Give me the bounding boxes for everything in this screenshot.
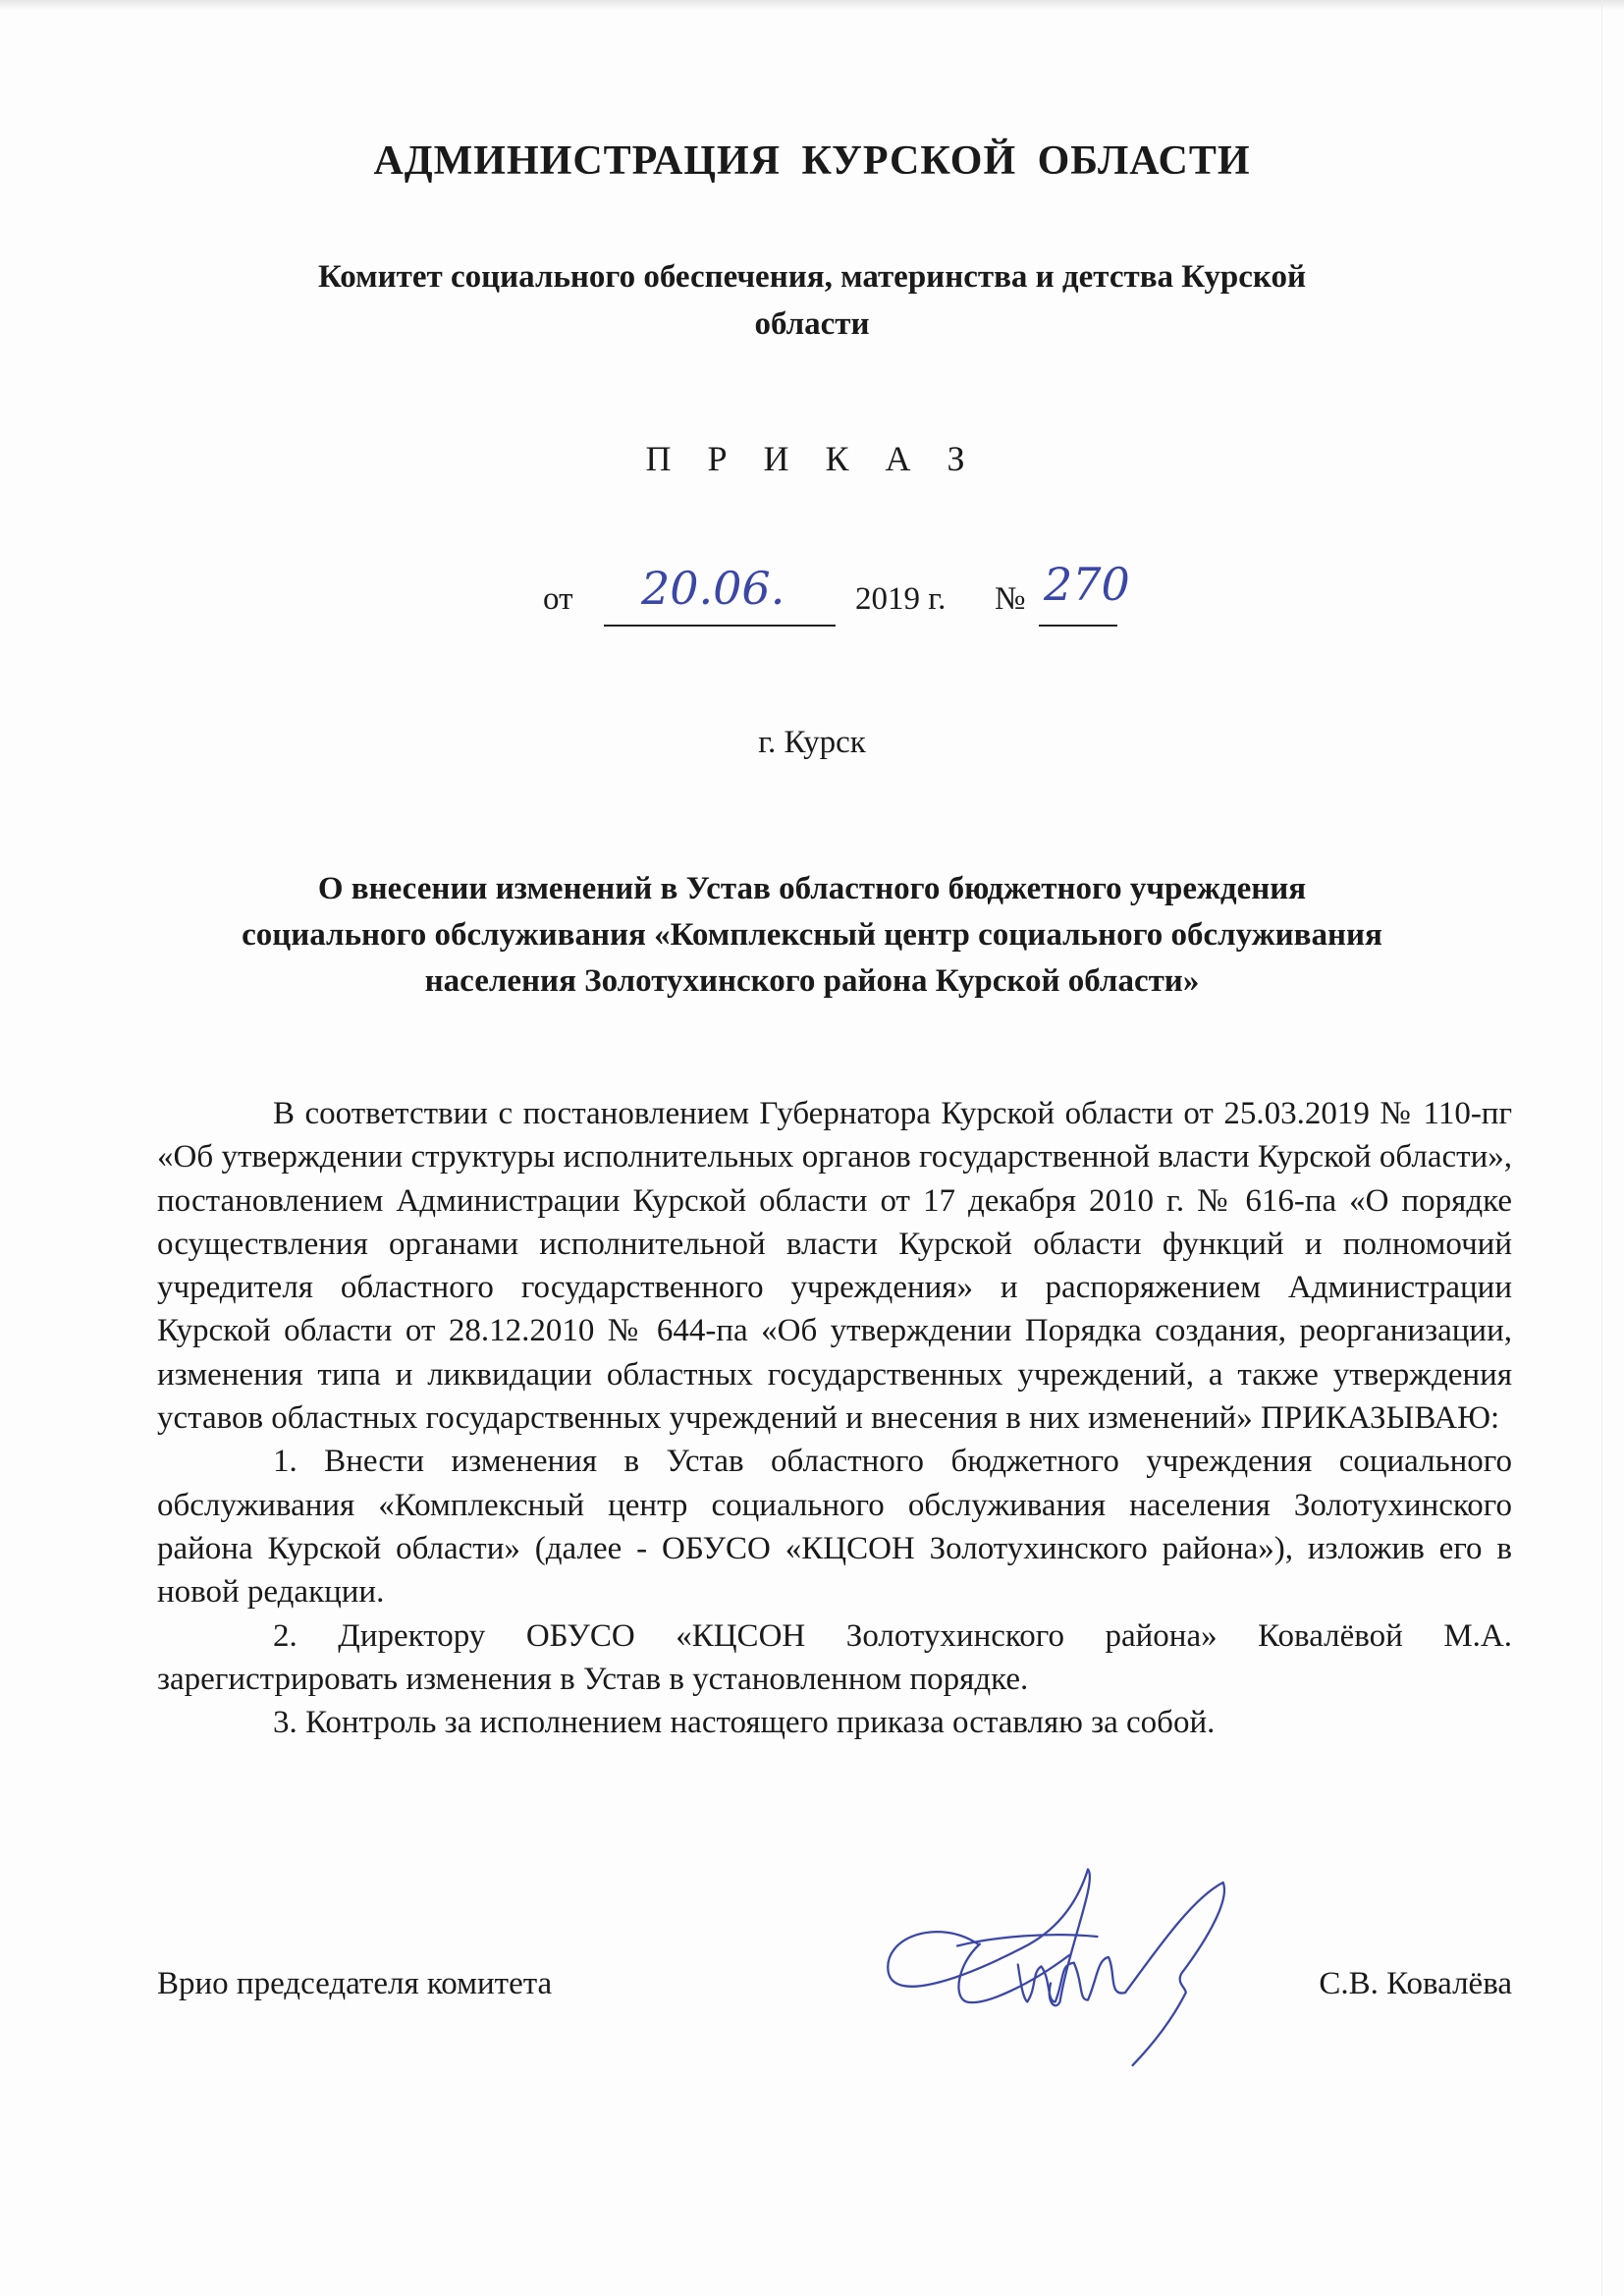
order-item-3: 3. Контроль за исполнением настоящего пр… bbox=[157, 1701, 1512, 1744]
handwritten-date: 20.06. bbox=[641, 562, 785, 615]
order-item-1: 1. Внести изменения в Устав областного б… bbox=[157, 1440, 1512, 1613]
preamble-paragraph: В соответствии с постановлением Губернат… bbox=[157, 1092, 1512, 1440]
scan-top-edge bbox=[0, 0, 1624, 10]
number-sign: № bbox=[995, 581, 1026, 618]
document-type: П Р И К А З bbox=[0, 438, 1624, 479]
year-text: 2019 г. bbox=[855, 581, 946, 618]
order-subject: О внесении изменений в Устав областного … bbox=[0, 866, 1624, 1005]
document-page: АДМИНИСТРАЦИЯ КУРСКОЙ ОБЛАСТИ Комитет со… bbox=[0, 0, 1624, 2296]
subject-line-3: населения Золотухинского района Курской … bbox=[0, 958, 1624, 1005]
date-prefix: от bbox=[543, 581, 573, 618]
organization-title: АДМИНИСТРАЦИЯ КУРСКОЙ ОБЛАСТИ bbox=[0, 137, 1624, 185]
committee-line-2: области bbox=[0, 301, 1624, 348]
city: г. Курск bbox=[0, 725, 1624, 761]
subject-line-2: социального обслуживания «Комплексный це… bbox=[0, 912, 1624, 958]
order-body: В соответствии с постановлением Губернат… bbox=[157, 1092, 1512, 1744]
signature-block: Врио председателя комитета С.В. Ковалёва bbox=[157, 1966, 1512, 2015]
signatory-name: С.В. Ковалёва bbox=[1319, 1966, 1512, 2002]
committee-name: Комитет социального обеспечения, материн… bbox=[0, 253, 1624, 348]
order-item-2: 2. Директору ОБУСО «КЦСОН Золотухинского… bbox=[157, 1614, 1512, 1702]
handwritten-number: 270 bbox=[1044, 558, 1130, 611]
subject-line-1: О внесении изменений в Устав областного … bbox=[0, 866, 1624, 912]
signatory-position: Врио председателя комитета bbox=[157, 1966, 552, 2002]
committee-line-1: Комитет социального обеспечения, материн… bbox=[0, 253, 1624, 301]
